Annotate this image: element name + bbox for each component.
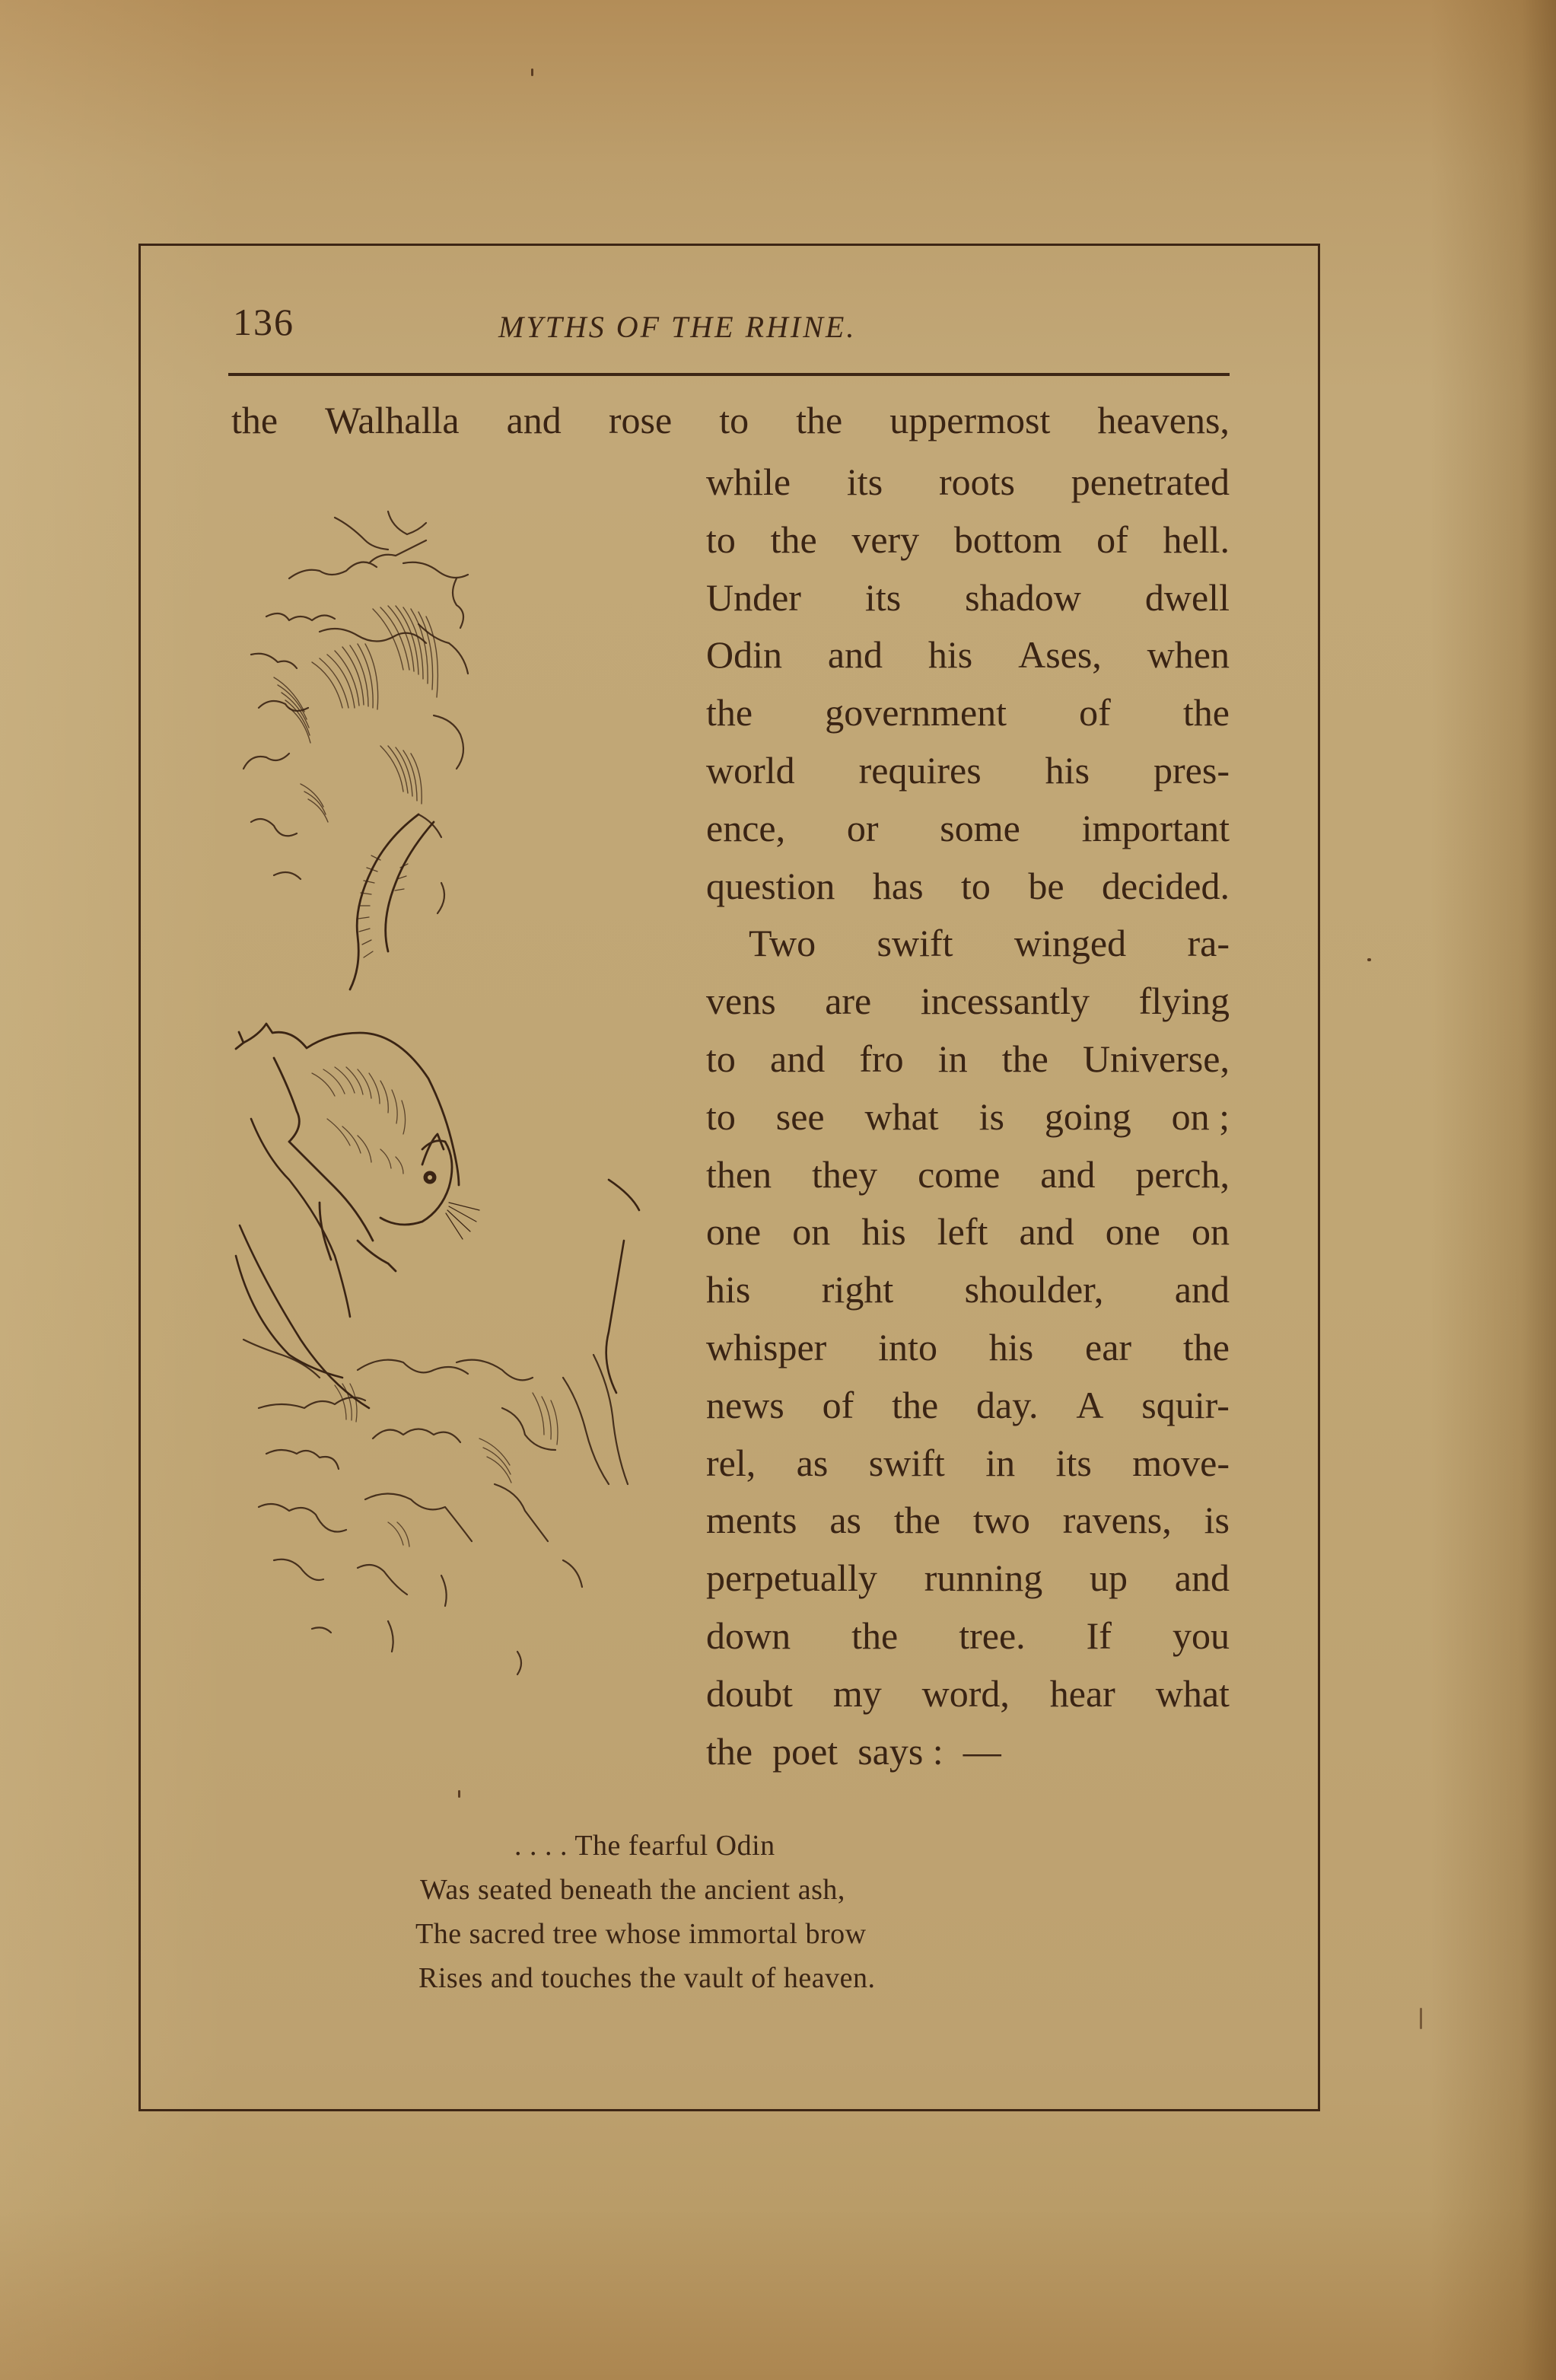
word: what (865, 1088, 939, 1146)
word: his (1045, 742, 1090, 800)
word: and (1019, 1203, 1074, 1261)
word: his (928, 626, 972, 684)
word: question (706, 858, 835, 916)
word: move- (1132, 1435, 1230, 1493)
word: is (1204, 1492, 1230, 1550)
body-text-line: perpetuallyrunningupand (706, 1550, 1230, 1607)
squirrel-engraving-icon (228, 495, 685, 1743)
word: ments (706, 1492, 797, 1550)
word: of (823, 1377, 854, 1435)
word: one (706, 1203, 761, 1261)
word: dwell (1145, 569, 1230, 627)
running-head-title: MYTHS OF THE RHINE. (498, 312, 856, 343)
body-text-line: Twoswiftwingedra- (706, 915, 1230, 973)
body-text-line: vensareincessantlyflying (706, 973, 1230, 1031)
word: left (937, 1203, 988, 1261)
body-text-line: mentsasthetworavens,is (706, 1492, 1230, 1550)
word: pres- (1153, 742, 1230, 800)
word: my (833, 1665, 882, 1723)
word: to (706, 1031, 736, 1088)
word: as (829, 1492, 861, 1550)
word: the (1183, 1319, 1230, 1377)
word: then (706, 1146, 772, 1204)
word: roots (939, 454, 1015, 511)
scan-speck (531, 69, 533, 76)
poem-line: The sacred tree whose immortal brow (396, 1912, 1035, 1956)
word: are (825, 973, 871, 1031)
body-text-line: newsoftheday.Asquir- (706, 1377, 1230, 1435)
body-text-line: toandfrointheUniverse, (706, 1031, 1230, 1088)
body-text-line: thepoetsays :— (706, 1723, 1230, 1781)
word: to (719, 396, 749, 444)
word: or (847, 800, 879, 858)
word: the (771, 511, 817, 569)
body-text-line: OdinandhisAses,when (706, 626, 1230, 684)
word: word, (922, 1665, 1010, 1723)
word: shadow (965, 569, 1081, 627)
word: in (938, 1031, 968, 1088)
word: A (1076, 1377, 1103, 1435)
word: and (1175, 1261, 1230, 1319)
word: whisper (706, 1319, 826, 1377)
word: going (1045, 1088, 1131, 1146)
body-text-line: worldrequireshispres- (706, 742, 1230, 800)
word: uppermost (889, 396, 1050, 444)
word: two (973, 1492, 1030, 1550)
word: when (1147, 626, 1230, 684)
word: the (892, 1377, 938, 1435)
word: up (1090, 1550, 1128, 1607)
word: the (706, 684, 753, 742)
word: decided. (1102, 858, 1230, 916)
word: incessantly (921, 973, 1090, 1031)
scan-speck (1420, 2008, 1422, 2029)
body-text-line: totheverybottomofhell. (706, 511, 1230, 569)
word: be (1028, 858, 1064, 916)
scan-speck (1367, 958, 1371, 961)
word: vens (706, 973, 776, 1031)
word: tree. (959, 1607, 1025, 1665)
word: requires (859, 742, 982, 800)
word: fro (859, 1031, 903, 1088)
word: to (961, 858, 991, 916)
word: day. (976, 1377, 1038, 1435)
word: Two (749, 915, 816, 973)
word: the (796, 396, 842, 444)
word: its (1056, 1435, 1092, 1493)
word: hear (1050, 1665, 1115, 1723)
word: Ases, (1018, 626, 1102, 684)
word: Under (706, 569, 801, 627)
word: the (1183, 684, 1230, 742)
word: to (706, 1088, 736, 1146)
word: squir- (1141, 1377, 1230, 1435)
word: they (812, 1146, 877, 1204)
word: rose (609, 396, 672, 444)
word: Odin (706, 626, 782, 684)
word: right (822, 1261, 893, 1319)
word: and (507, 396, 562, 444)
body-first-line: the Walhalla and rose to the uppermost h… (231, 396, 1230, 444)
poem-quotation: . . . . The fearful Odin Was seated bene… (396, 1824, 1035, 2000)
word: swift (877, 915, 953, 973)
word: is (979, 1088, 1004, 1146)
word: on (792, 1203, 830, 1261)
word: perpetually (706, 1550, 877, 1607)
word: see (776, 1088, 825, 1146)
word: what (1156, 1665, 1230, 1723)
word: as (797, 1435, 829, 1493)
word: of (1096, 511, 1128, 569)
word: hell. (1163, 511, 1229, 569)
word: his (989, 1319, 1033, 1377)
word: government (825, 684, 1007, 742)
body-text-line: thentheycomeandperch, (706, 1146, 1230, 1204)
poem-line: Was seated beneath the ancient ash, (396, 1868, 1035, 1912)
word: the (1002, 1031, 1048, 1088)
word: ence, (706, 800, 785, 858)
body-text-line: ence,orsomeimportant (706, 800, 1230, 858)
word: while (706, 454, 791, 511)
poem-line: . . . . The fearful Odin (396, 1824, 1035, 1868)
header-rule (228, 373, 1230, 376)
word: penetrated (1071, 454, 1230, 511)
word: swift (869, 1435, 945, 1493)
word: bottom (954, 511, 1062, 569)
body-text-column: whileitsrootspenetratedtotheverybottomof… (706, 454, 1230, 1780)
word: the (231, 396, 278, 444)
word: important (1082, 800, 1230, 858)
word: If (1087, 1607, 1112, 1665)
word: and (1175, 1550, 1230, 1607)
word: rel, (706, 1435, 756, 1493)
word: ra- (1188, 915, 1230, 973)
word: and (770, 1031, 825, 1088)
word: his (706, 1261, 750, 1319)
word: his (861, 1203, 905, 1261)
word: into (878, 1319, 937, 1377)
word: poet (772, 1723, 838, 1781)
word: to (706, 511, 736, 569)
body-text-line: toseewhatisgoingon ; (706, 1088, 1230, 1146)
word: down (706, 1607, 791, 1665)
word: perch, (1135, 1146, 1230, 1204)
body-text-line: Underitsshadowdwell (706, 569, 1230, 627)
body-text-line: doubtmyword,hearwhat (706, 1665, 1230, 1723)
body-text-line: questionhastobedecided. (706, 858, 1230, 916)
word: and (828, 626, 883, 684)
word: come (918, 1146, 1000, 1204)
word: the (894, 1492, 940, 1550)
page-number: 136 (233, 303, 294, 341)
body-text-line: thegovernmentofthe (706, 684, 1230, 742)
word: some (940, 800, 1020, 858)
body-text-line: downthetree.Ifyou (706, 1607, 1230, 1665)
poem-line: Rises and touches the vault of heaven. (396, 1956, 1035, 2000)
word: of (1079, 684, 1111, 742)
body-text-line: hisrightshoulder,and (706, 1261, 1230, 1319)
word: ravens, (1063, 1492, 1172, 1550)
word: world (706, 742, 795, 800)
body-text-line: oneonhisleftandoneon (706, 1203, 1230, 1261)
word: — (963, 1723, 1001, 1781)
word: on ; (1172, 1088, 1230, 1146)
word: you (1173, 1607, 1230, 1665)
word: its (847, 454, 883, 511)
word: has (873, 858, 924, 916)
word: Walhalla (325, 396, 459, 444)
word: running (924, 1550, 1043, 1607)
word: shoulder, (965, 1261, 1104, 1319)
word: says : (858, 1723, 943, 1781)
word: ear (1085, 1319, 1131, 1377)
word: winged (1014, 915, 1126, 973)
body-text-line: whisperintohisearthe (706, 1319, 1230, 1377)
word: news (706, 1377, 784, 1435)
word: the (706, 1723, 753, 1781)
word: and (1040, 1146, 1095, 1204)
word: its (865, 569, 901, 627)
word: flying (1139, 973, 1230, 1031)
word: Universe, (1083, 1031, 1230, 1088)
word: doubt (706, 1665, 793, 1723)
word: very (851, 511, 919, 569)
word: heavens, (1097, 396, 1230, 444)
body-text-line: rel,asswiftinitsmove- (706, 1435, 1230, 1493)
body-text-line: whileitsrootspenetrated (706, 454, 1230, 511)
word: the (851, 1607, 898, 1665)
word: on (1192, 1203, 1230, 1261)
word: in (985, 1435, 1015, 1493)
word: one (1106, 1203, 1160, 1261)
